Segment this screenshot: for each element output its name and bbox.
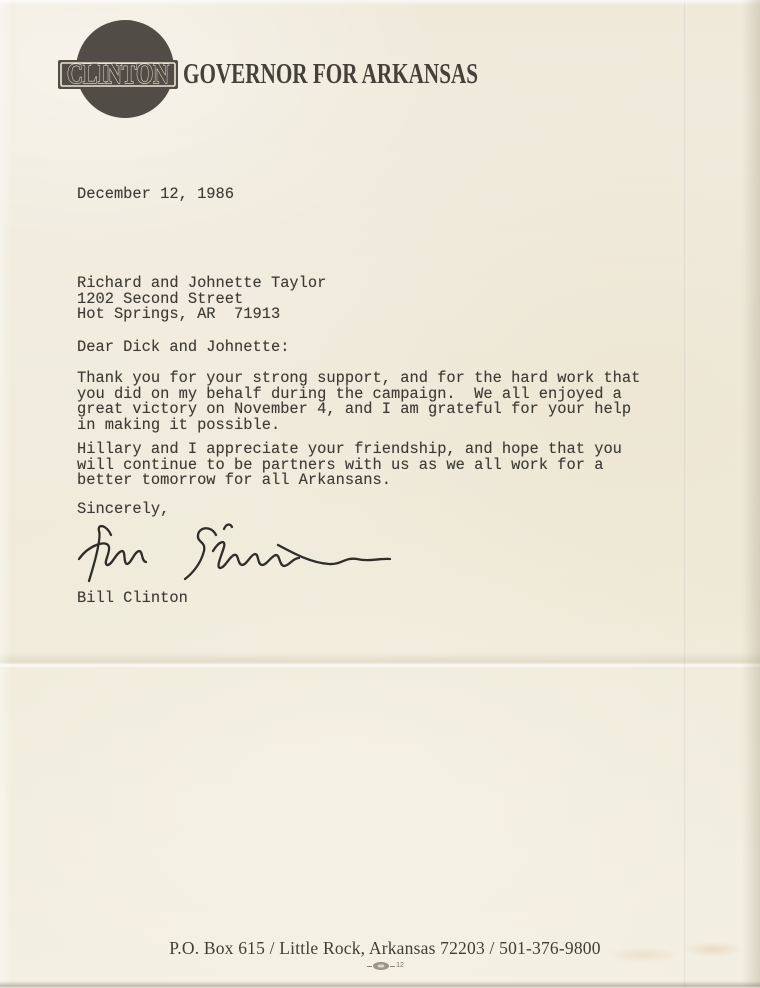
paper-edge-top xyxy=(0,0,760,6)
signature-stroke xyxy=(234,554,299,566)
union-bug-number: 12 xyxy=(396,962,404,969)
union-bug-tick-left xyxy=(367,966,372,967)
signature-bill-clinton xyxy=(73,521,408,593)
paper-edge-bottom xyxy=(0,981,760,988)
union-bug: 12 xyxy=(10,961,760,972)
body-paragraph-1: Thank you for your strong support, and f… xyxy=(77,371,640,433)
footer-contact-line: P.O. Box 615 / Little Rock, Arkansas 722… xyxy=(10,938,760,959)
horizontal-fold-crease xyxy=(0,652,760,664)
recipient-address: Richard and Johnette Taylor 1202 Second … xyxy=(77,276,326,323)
salutation: Dear Dick and Johnette: xyxy=(77,340,289,356)
signature-stroke xyxy=(213,542,234,568)
signature-stroke xyxy=(278,545,390,564)
paper-edge-right xyxy=(742,0,760,988)
signature-stroke xyxy=(185,528,216,579)
union-bug-tick-right xyxy=(390,966,395,967)
clinton-logo-text: CLINTON xyxy=(67,59,169,90)
letterhead-title: GOVERNOR FOR ARKANSAS xyxy=(183,58,478,90)
closing: Sincerely, xyxy=(77,502,169,518)
signature-stroke xyxy=(79,543,146,565)
paper-edge-left xyxy=(0,0,12,988)
horizontal-fold-highlight xyxy=(0,664,760,667)
letterhead: CLINTON GOVERNOR FOR ARKANSAS xyxy=(55,15,505,145)
scanned-letter-page: CLINTON GOVERNOR FOR ARKANSAS December 1… xyxy=(0,0,760,988)
union-bug-oval-icon xyxy=(373,962,389,970)
typed-signature-name: Bill Clinton xyxy=(77,591,188,607)
body-paragraph-2: Hillary and I appreciate your friendship… xyxy=(77,442,622,489)
vertical-fold-crease xyxy=(684,0,687,988)
signature-stroke xyxy=(224,525,232,529)
letter-date: December 12, 1986 xyxy=(77,187,234,203)
